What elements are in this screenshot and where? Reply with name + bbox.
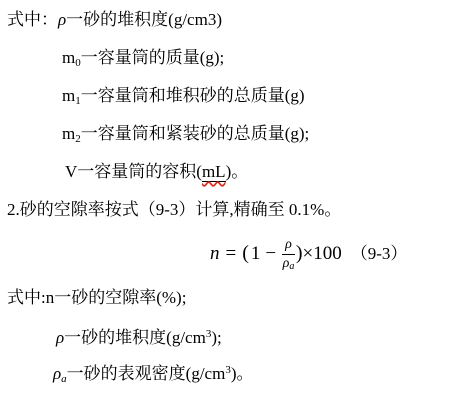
paragraph-porosity-rule: 2.砂的空隙率按式（9-3）计算,精确至 0.1%。: [7, 198, 341, 222]
definition-text: 一容量筒和堆积砂的总质量(g): [81, 86, 305, 105]
definition-line-m2: m2一容量筒和紧装砂的总质量(g);: [62, 122, 309, 151]
definition-text: 一容量筒的质量(g);: [81, 48, 225, 67]
symbol-rho: ρ: [53, 364, 61, 383]
spellcheck-underline: mL: [202, 162, 226, 182]
definition-line-n: 式中:n一砂的空隙率(%);: [7, 286, 186, 310]
definition-line-v: V一容量筒的容积(mL)。: [65, 160, 248, 184]
times-100: ×100: [303, 243, 342, 264]
variable-n: n: [210, 243, 220, 264]
minus-sign: −: [265, 243, 276, 264]
definition-text-end: )。: [226, 162, 249, 181]
symbol-m: m: [62, 48, 75, 67]
definition-line-rho: ρ一砂的堆积度(g/cm3);: [56, 322, 222, 350]
equals-sign: =: [226, 243, 237, 264]
fraction-numerator: ρ: [282, 237, 295, 254]
definition-text: 一砂的堆积度(g/cm: [64, 328, 206, 347]
definition-text-end: )。: [231, 364, 254, 383]
open-paren: (: [242, 242, 249, 264]
formula-intro-label: 式中:: [7, 288, 46, 307]
symbol-m: m: [62, 86, 75, 105]
definition-line-rho-a: ρa一砂的表观密度(g/cm3)。: [53, 358, 254, 391]
symbol-m: m: [62, 124, 75, 143]
fraction-denominator: ρa: [283, 255, 295, 272]
paragraph-text: 2.砂的空隙率按式（9-3）计算,精确至 0.1%。: [7, 200, 341, 219]
equation-9-3: n=(1−ρρa)×100（9-3）: [210, 228, 407, 278]
definition-text: 一砂的堆积度(g/cm3): [66, 10, 222, 29]
definition-text: 一砂的空隙率(%);: [54, 288, 186, 307]
definition-line-m1: m1一容量筒和堆积砂的总质量(g): [62, 84, 305, 113]
subscript-a: a: [289, 261, 294, 272]
definition-text: 一容量筒和紧装砂的总质量(g);: [81, 124, 310, 143]
unit-ml: mL: [202, 162, 226, 182]
close-paren: ): [296, 242, 303, 264]
definition-text: 一砂的表观密度(g/cm: [67, 364, 226, 383]
definition-line-rho-bulk: 式中：ρ一砂的堆积度(g/cm3): [7, 8, 222, 32]
symbol-n: n: [46, 288, 55, 307]
symbol-rho: ρ: [56, 328, 64, 347]
definition-text: V一容量筒的容积(: [65, 162, 202, 181]
definition-text-end: );: [211, 328, 221, 347]
formula-intro-label: 式中：: [7, 10, 58, 29]
fraction-rho-over-rho-a: ρρa: [282, 237, 295, 271]
constant-one: 1: [251, 243, 261, 264]
document-page: 式中：ρ一砂的堆积度(g/cm3) m0一容量筒的质量(g); m1一容量筒和堆…: [0, 0, 450, 396]
equation-number: （9-3）: [351, 244, 408, 263]
symbol-rho: ρ: [58, 10, 66, 29]
definition-line-m0: m0一容量筒的质量(g);: [62, 46, 224, 75]
